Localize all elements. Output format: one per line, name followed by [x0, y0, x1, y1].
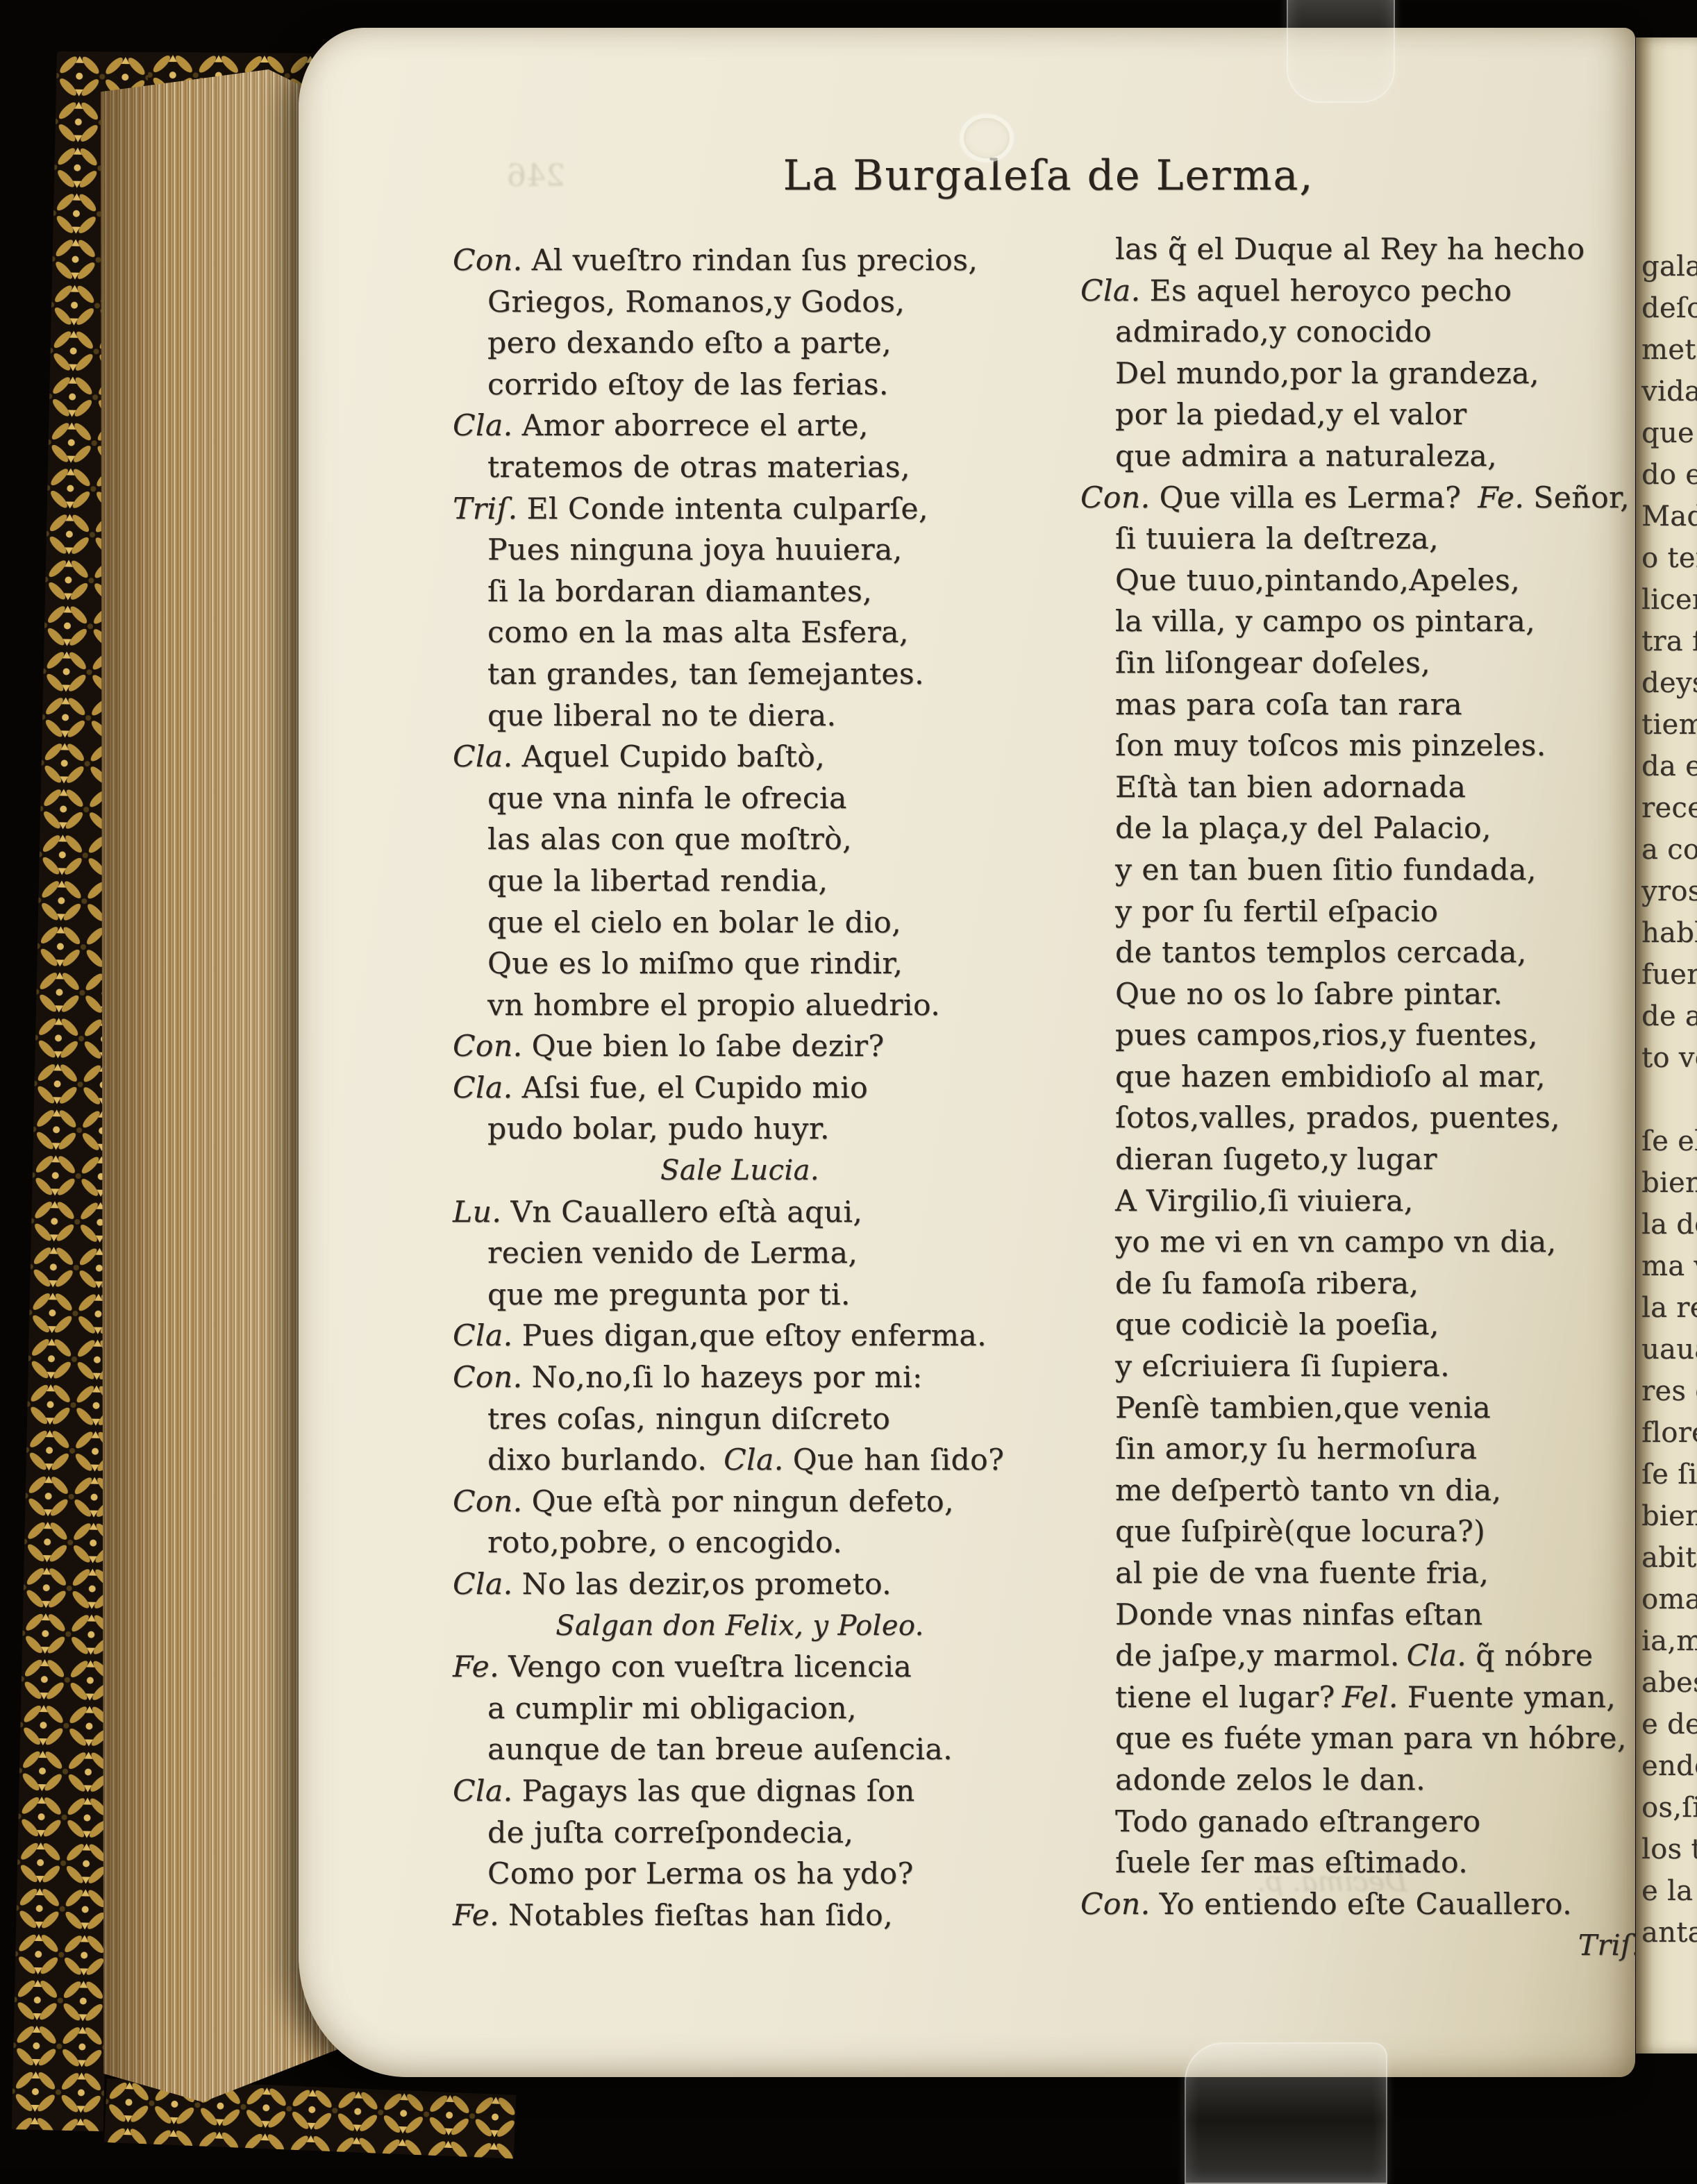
speaker-label: Con. [453, 244, 532, 278]
verse-column-right: las q̃ el Duque al Rey ha hechoCla.Es aq… [1080, 229, 1668, 1967]
verse-line: por la piedad,y el valor [1080, 394, 1668, 436]
verse-line: de la plaça,y del Palacio, [1080, 808, 1668, 850]
verse-line: adonde zelos le dan. [1080, 1760, 1668, 1801]
verse-text: la villa, y campo os pintara, [1115, 605, 1535, 639]
verse-text: ſin amor,y ſu hermoſura [1115, 1432, 1477, 1466]
verse-text: me deſpertò tanto vn dia, [1115, 1474, 1501, 1508]
verse-line: Pues ninguna joya huuiera, [453, 530, 1036, 571]
verse-line: Con.No,no,ſi lo hazeys por mi: [453, 1357, 1036, 1399]
verse-line: Fe.Notables fieſtas han ſido, [453, 1895, 1036, 1937]
verse-text: q̃ nóbre [1476, 1639, 1593, 1673]
verse-text: Pagays las que dignas ſon [522, 1774, 915, 1808]
edge-fragment: rece eſſe ga [1641, 787, 1697, 829]
verse-line: Eſtà tan bien adornada [1080, 767, 1668, 809]
verse-line: A Virgilio,ſi viuiera, [1080, 1181, 1668, 1223]
verse-line: Cla.Aquel Cupido baſtò, [453, 737, 1036, 778]
edge-fragment: ſe el Cond [1641, 1120, 1697, 1162]
verse-text: Griegos, Romanos,y Godos, [487, 285, 905, 319]
verse-text: tan grandes, tan ſemejantes. [487, 657, 924, 691]
verse-text: recien venido de Lerma, [487, 1236, 858, 1270]
verse-text: Vengo con vueſtra licencia [508, 1650, 912, 1684]
verse-line: y eſcriuiera ſi ſupiera. [1080, 1346, 1668, 1388]
verse-line: Todo ganado eſtrangero [1080, 1801, 1668, 1843]
verse-line: de juſta correſpondecia, [453, 1813, 1036, 1854]
edge-fragment: la de auer v [1641, 1204, 1697, 1245]
verse-text: Aſsi fue, el Cupido mio [522, 1071, 869, 1105]
verse-line: al pie de vna fuente fria, [1080, 1553, 1668, 1595]
verse-text: que vna ninfa le ofrecia [487, 782, 847, 816]
verse-line: Que no os lo ſabre pintar. [1080, 974, 1668, 1016]
verse-line: que es fuéte yman para vn hóbre, [1080, 1718, 1668, 1760]
edge-fragment: hablar.Co [1641, 912, 1697, 954]
verse-line: dieran ſugeto,y lugar [1080, 1139, 1668, 1181]
edge-fragment: ia,mas pre [1641, 1620, 1697, 1662]
verse-text: Vn Cauallero eſtà aqui, [510, 1195, 862, 1229]
edge-fragment: deys peſar e [1641, 662, 1697, 704]
verse-line: que codiciè la poeſia, [1080, 1304, 1668, 1346]
verse-text: Que eſtà por ningun defeto, [532, 1485, 954, 1519]
verse-text: Aquel Cupido baſtò, [522, 740, 826, 774]
speaker-label: Lu. [453, 1195, 510, 1229]
verse-line: Cla.Amor aborrece el arte, [453, 405, 1036, 447]
verse-text: pudo bolar, pudo huyr. [487, 1112, 830, 1146]
verse-text: Todo ganado eſtrangero [1115, 1805, 1481, 1839]
book-page: 246 La Burgaleſa de Lerma, Con.Al vueſtr… [299, 28, 1635, 2077]
verse-text: corrido eſtoy de las ferias. [487, 368, 889, 402]
verse-line: Griegos, Romanos,y Godos, [453, 282, 1036, 324]
verse-text: que hazen embidioſo al mar, [1115, 1060, 1546, 1094]
edge-fragment: los toquè [1641, 1829, 1697, 1870]
verse-line: ſotos,valles, prados, puentes, [1080, 1098, 1668, 1139]
verse-text: y eſcriuiera ſi ſupiera. [1115, 1350, 1450, 1384]
edge-fragment: vida enem [1641, 371, 1697, 412]
verse-line: y en tan buen ſitio fundada, [1080, 850, 1668, 891]
speaker-label: Cla. [1080, 274, 1150, 308]
verse-text: que la libertad rendia, [487, 864, 828, 898]
verse-text: tres coſas, ningun diſcreto [487, 1402, 890, 1436]
edge-fragment: fuera te di [1641, 954, 1697, 996]
verse-line: que admira a naturaleza, [1080, 436, 1668, 478]
edge-fragment: Madrid ap [1641, 496, 1697, 537]
verse-text: A Virgilio,ſi viuiera, [1115, 1184, 1414, 1218]
verse-text: Del mundo,por la grandeza, [1115, 357, 1539, 391]
verse-text: de tantos templos cercada, [1115, 936, 1527, 970]
speaker-label: Cla. [453, 1319, 522, 1353]
verse-text: Como por Lerma os ha ydo? [487, 1857, 914, 1891]
speaker-label: Triſ. [453, 492, 527, 526]
edge-fragment: tra ſoy,y lo [1641, 621, 1697, 662]
speaker-label: Cla. [717, 1443, 793, 1477]
verse-line: de jaſpe,y marmol.Cla.q̃ nóbre [1080, 1636, 1668, 1677]
verse-text: a cumplir mi obligacion, [487, 1692, 857, 1726]
verse-line: ſi tuuiera la deſtreza, [1080, 519, 1668, 560]
verse-text: de jaſpe,y marmol. [1115, 1639, 1400, 1673]
edge-fragment: metaforas [1641, 329, 1697, 371]
verse-line: a cumplir mi obligacion, [453, 1688, 1036, 1730]
speaker-label: Con. [453, 1485, 532, 1519]
verse-line: aunque de tan breue auſencia. [453, 1729, 1036, 1771]
verse-line: tiene el lugar?Fel.Fuente yman, [1080, 1677, 1668, 1719]
verse-column-left: Con.Al vueſtro rindan ſus precios,Griego… [453, 240, 1036, 1936]
catchword: Triſ. [1080, 1925, 1668, 1967]
verse-line: que la libertad rendia, [453, 861, 1036, 902]
verse-line: que hazen embidioſo al mar, [1080, 1057, 1668, 1098]
edge-fragment: bien podre [1641, 1495, 1697, 1537]
verse-text: Que no os lo ſabre pintar. [1115, 977, 1503, 1011]
speaker-label: Cla. [1400, 1639, 1476, 1673]
verse-line: me deſpertò tanto vn dia, [1080, 1470, 1668, 1512]
edge-fragment: flores en a [1641, 1412, 1697, 1454]
verse-text: yo me vi en vn campo vn dia, [1115, 1225, 1557, 1259]
verse-line: ſon muy toſcos mis pinzeles. [1080, 725, 1668, 767]
edge-fragment [1641, 1079, 1697, 1120]
verse-line: que ſuſpirè(que locura?) [1080, 1511, 1668, 1553]
speaker-label: Con. [1080, 481, 1160, 515]
verse-text: pero dexando eſto a parte, [487, 326, 892, 360]
speaker-label: Cla. [453, 740, 522, 774]
verse-line: que vna ninfa le ofrecia [453, 778, 1036, 820]
verse-line: que me pregunta por ti. [453, 1275, 1036, 1316]
verse-line: Con.Al vueſtro rindan ſus precios, [453, 240, 1036, 282]
speaker-label: Cla. [453, 1774, 522, 1808]
verse-line: Cla.No las dezir,os prometo. [453, 1564, 1036, 1606]
verse-text: El Conde intenta culparſe, [527, 492, 928, 526]
edge-fragment: tiempo de [1641, 704, 1697, 746]
edge-fragment: deſocuparl [1641, 287, 1697, 329]
verse-line: Que es lo miſmo que rindir, [453, 943, 1036, 985]
verse-text: por la piedad,y el valor [1115, 398, 1467, 432]
verse-text: mas para coſa tan rara [1115, 688, 1462, 722]
verse-line: Con.Que villa es Lerma? Fe.Señor, [1080, 478, 1668, 519]
verse-line: pudo bolar, pudo huyr. [453, 1109, 1036, 1150]
edge-fragment: omauas. C [1641, 1579, 1697, 1620]
verse-line: como en la mas alta Esfera, [453, 612, 1036, 654]
edge-fragment: e la ver [1641, 1870, 1697, 1912]
verse-line: Con.Que bien lo ſabe dezir? [453, 1026, 1036, 1068]
edge-fragment: que habla [1641, 412, 1697, 454]
verse-text: que liberal no te diera. [487, 699, 836, 733]
verse-line: tratemos de otras materias, [453, 447, 1036, 489]
speaker-label: Fe. [1471, 481, 1533, 515]
edge-fragment: a correſpo [1641, 829, 1697, 871]
verse-line: Del mundo,por la grandeza, [1080, 353, 1668, 395]
verse-text: que codiciè la poeſia, [1115, 1308, 1439, 1342]
verse-text: admirado,y conocido [1115, 315, 1432, 349]
verse-text: dixo burlando. [487, 1443, 717, 1477]
verse-line: recien venido de Lerma, [453, 1233, 1036, 1275]
photo-backdrop: 246 La Burgaleſa de Lerma, Con.Al vueſtr… [0, 0, 1697, 2169]
verse-line: Cla.Aſsi fue, el Cupido mio [453, 1068, 1036, 1109]
speaker-label: Cla. [453, 1071, 522, 1105]
verse-line: de ſu famoſa ribera, [1080, 1263, 1668, 1305]
verse-line: Donde vnas ninfas eſtan [1080, 1595, 1668, 1636]
verse-text: adonde zelos le dan. [1115, 1763, 1426, 1797]
edge-fragment: abes de an [1641, 1662, 1697, 1704]
verse-line: tan grandes, tan ſemejantes. [453, 654, 1036, 696]
edge-fragment: endo eſſo [1641, 1745, 1697, 1787]
verse-text: Es aquel heroyco pecho [1150, 274, 1512, 308]
verse-line: Lu.Vn Cauallero eſtà aqui, [453, 1192, 1036, 1234]
verse-line: Fe.Vengo con vueſtra licencia [453, 1647, 1036, 1688]
verse-text: Señor, [1533, 481, 1630, 515]
verse-line: Triſ.El Conde intenta culparſe, [453, 489, 1036, 530]
speaker-label: Sale Lucia. [660, 1154, 828, 1186]
acrylic-page-weight-top [1287, 0, 1395, 103]
verse-line: yo me vi en vn campo vn dia, [1080, 1222, 1668, 1263]
verse-text: ſin liſongear doſeles, [1115, 646, 1430, 680]
edge-fragment: bien,que [1641, 1162, 1697, 1204]
verse-line: Que tuuo,pintando,Apeles, [1080, 560, 1668, 602]
verse-text: tratemos de otras materias, [487, 451, 910, 485]
verse-text: Al vueſtro rindan ſus precios, [532, 244, 978, 278]
verse-text: Donde vnas ninfas eſtan [1115, 1598, 1483, 1632]
verse-text: y en tan buen ſitio fundada, [1115, 853, 1537, 887]
verse-line: que liberal no te diera. [453, 696, 1036, 737]
verse-text: Que villa es Lerma? [1160, 481, 1471, 515]
verse-text: que ſuſpirè(que locura?) [1115, 1515, 1485, 1549]
verse-line: admirado,y conocido [1080, 312, 1668, 353]
verse-line: ſin liſongear doſeles, [1080, 643, 1668, 684]
stage-direction: Salgan don Felix, y Poleo. [453, 1606, 1036, 1647]
verse-line: la villa, y campo os pintara, [1080, 601, 1668, 643]
verse-line: roto,pobre, o encogido. [453, 1522, 1036, 1564]
verse-line: Cla.Es aquel heroyco pecho [1080, 271, 1668, 312]
speaker-label: Con. [453, 1361, 532, 1395]
verse-text: que admira a naturaleza, [1115, 439, 1497, 473]
verse-line: dixo burlando. Cla.Que han ſido? [453, 1440, 1036, 1481]
edge-fragment: o tengo qu [1641, 537, 1697, 579]
verse-text: aunque de tan breue auſencia. [487, 1733, 953, 1767]
verse-text: pues campos,rios,y fuentes, [1115, 1018, 1538, 1052]
running-title: La Burgaleſa de Lerma, [451, 151, 1646, 200]
edge-fragment: licencia,ſe [1641, 579, 1697, 621]
verse-text: que el cielo en bolar le dio, [487, 906, 901, 940]
speaker-label: Fe. [453, 1899, 508, 1933]
glass-ring-mark [960, 114, 1014, 162]
verse-text: Amor aborrece el arte, [522, 409, 869, 443]
verse-line: vn hombre el propio aluedrio. [453, 985, 1036, 1027]
edge-fragment: e de burl [1641, 1704, 1697, 1745]
next-page-text-fragments: galan oluidadeſocuparlmetaforasvida enem… [1641, 246, 1697, 1954]
acrylic-page-weight-bottom [1185, 2042, 1387, 2169]
verse-text: las alas con que moſtrò, [487, 823, 852, 857]
verse-text: Que tuuo,pintando,Apeles, [1115, 564, 1520, 598]
speaker-label: Fe. [453, 1650, 508, 1684]
verse-text: No,no,ſi lo hazeys por mi: [532, 1361, 923, 1395]
edge-fragment: to voy. [1641, 1037, 1697, 1079]
verse-text: que es fuéte yman para vn hóbre, [1115, 1722, 1627, 1756]
verse-text: Pues ninguna joya huuiera, [487, 533, 903, 567]
speaker-label: Cla. [453, 1568, 522, 1602]
verse-line: ſin amor,y ſu hermoſura [1080, 1429, 1668, 1470]
verse-line: Cla.Pagays las que dignas ſon [453, 1771, 1036, 1813]
verse-line: que el cielo en bolar le dio, [453, 902, 1036, 944]
verse-text: Penſè tambien,que venia [1115, 1391, 1491, 1425]
edge-fragment: do eſtas. Co [1641, 454, 1697, 496]
verse-text: ſi la bordaran diamantes, [487, 575, 872, 609]
verse-line: de tantos templos cercada, [1080, 932, 1668, 974]
verse-text: al pie de vna fuente fria, [1115, 1556, 1489, 1590]
verse-text: tiene el lugar? [1115, 1681, 1335, 1715]
verse-line: mas para coſa tan rara [1080, 684, 1668, 726]
verse-text: ſi tuuiera la deſtreza, [1115, 522, 1439, 556]
verse-line: Cla.Pues digan,que eſtoy enferma. [453, 1316, 1036, 1357]
verse-text: las q̃ el Duque al Rey ha hecho [1115, 233, 1585, 267]
edge-fragment: de aqueſto [1641, 996, 1697, 1037]
verse-text: de ſu famoſa ribera, [1115, 1267, 1419, 1301]
verse-text: Que bien lo ſabe dezir? [532, 1030, 885, 1064]
verse-text: de juſta correſpondecia, [487, 1816, 853, 1850]
edge-fragment: antas co [1641, 1912, 1697, 1954]
speaker-label: Con. [1080, 1888, 1160, 1922]
speaker-label: Fel. [1335, 1681, 1407, 1715]
edge-fragment: res en am [1641, 1370, 1697, 1412]
verse-line: pues campos,rios,y fuentes, [1080, 1015, 1668, 1057]
verse-text: de la plaça,y del Palacio, [1115, 812, 1491, 846]
verse-text: Fuente yman, [1407, 1681, 1616, 1715]
verse-line: las alas con que moſtrò, [453, 819, 1036, 861]
verse-line: corrido eſtoy de las ferias. [453, 364, 1036, 406]
verse-line: pero dexando eſto a parte, [453, 323, 1036, 364]
speaker-label: Cla. [453, 409, 522, 443]
verse-line: y por ſu fertil eſpacio [1080, 891, 1668, 933]
edge-fragment: ſe ſin poſſe [1641, 1454, 1697, 1495]
verse-text: Que han ſido? [793, 1443, 1005, 1477]
edge-fragment: abito que [1641, 1537, 1697, 1579]
verse-text: como en la mas alta Esfera, [487, 616, 909, 650]
verse-text: que me pregunta por ti. [487, 1278, 851, 1312]
edge-fragment: la relacio [1641, 1287, 1697, 1329]
verse-text: Notables fieſtas han ſido, [508, 1899, 893, 1933]
next-page-sliver: galan oluidadeſocuparlmetaforasvida enem… [1636, 37, 1697, 2053]
verse-text: y por ſu fertil eſpacio [1115, 895, 1438, 929]
show-through-text: Decima. p. [1257, 1866, 1407, 1898]
verse-text: Que es lo miſmo que rindir, [487, 947, 903, 981]
edge-fragment: uaua a Mi [1641, 1329, 1697, 1370]
verse-text: ſon muy toſcos mis pinzeles. [1115, 729, 1546, 763]
verse-text: vn hombre el propio aluedrio. [487, 989, 940, 1023]
verse-text: Pues digan,que eſtoy enferma. [522, 1319, 987, 1353]
verse-line: las q̃ el Duque al Rey ha hecho [1080, 229, 1668, 271]
verse-line: Como por Lerma os ha ydo? [453, 1854, 1036, 1895]
edge-fragment: yros, doy l [1641, 871, 1697, 912]
verse-line: Penſè tambien,que venia [1080, 1388, 1668, 1429]
stage-direction: Sale Lucia. [453, 1150, 1036, 1192]
verse-text: dieran ſugeto,y lugar [1115, 1143, 1437, 1177]
edge-fragment: galan oluida [1641, 246, 1697, 287]
verse-line: Con.Que eſtà por ningun defeto, [453, 1481, 1036, 1523]
verse-text: No las dezir,os prometo. [522, 1568, 892, 1602]
verse-text: ſotos,valles, prados, puentes, [1115, 1101, 1560, 1135]
speaker-label: Salgan don Felix, y Poleo. [555, 1610, 933, 1642]
verse-text: Eſtà tan bien adornada [1115, 771, 1466, 805]
edge-fragment: os,ſi ago [1641, 1787, 1697, 1829]
edge-fragment: ma vueſſa [1641, 1245, 1697, 1287]
speaker-label: Con. [453, 1030, 532, 1064]
verse-line: ſi la bordaran diamantes, [453, 571, 1036, 613]
verse-line: tres coſas, ningun diſcreto [453, 1399, 1036, 1440]
edge-fragment: da eſſa fuen [1641, 746, 1697, 787]
verse-text: roto,pobre, o encogido. [487, 1526, 842, 1560]
